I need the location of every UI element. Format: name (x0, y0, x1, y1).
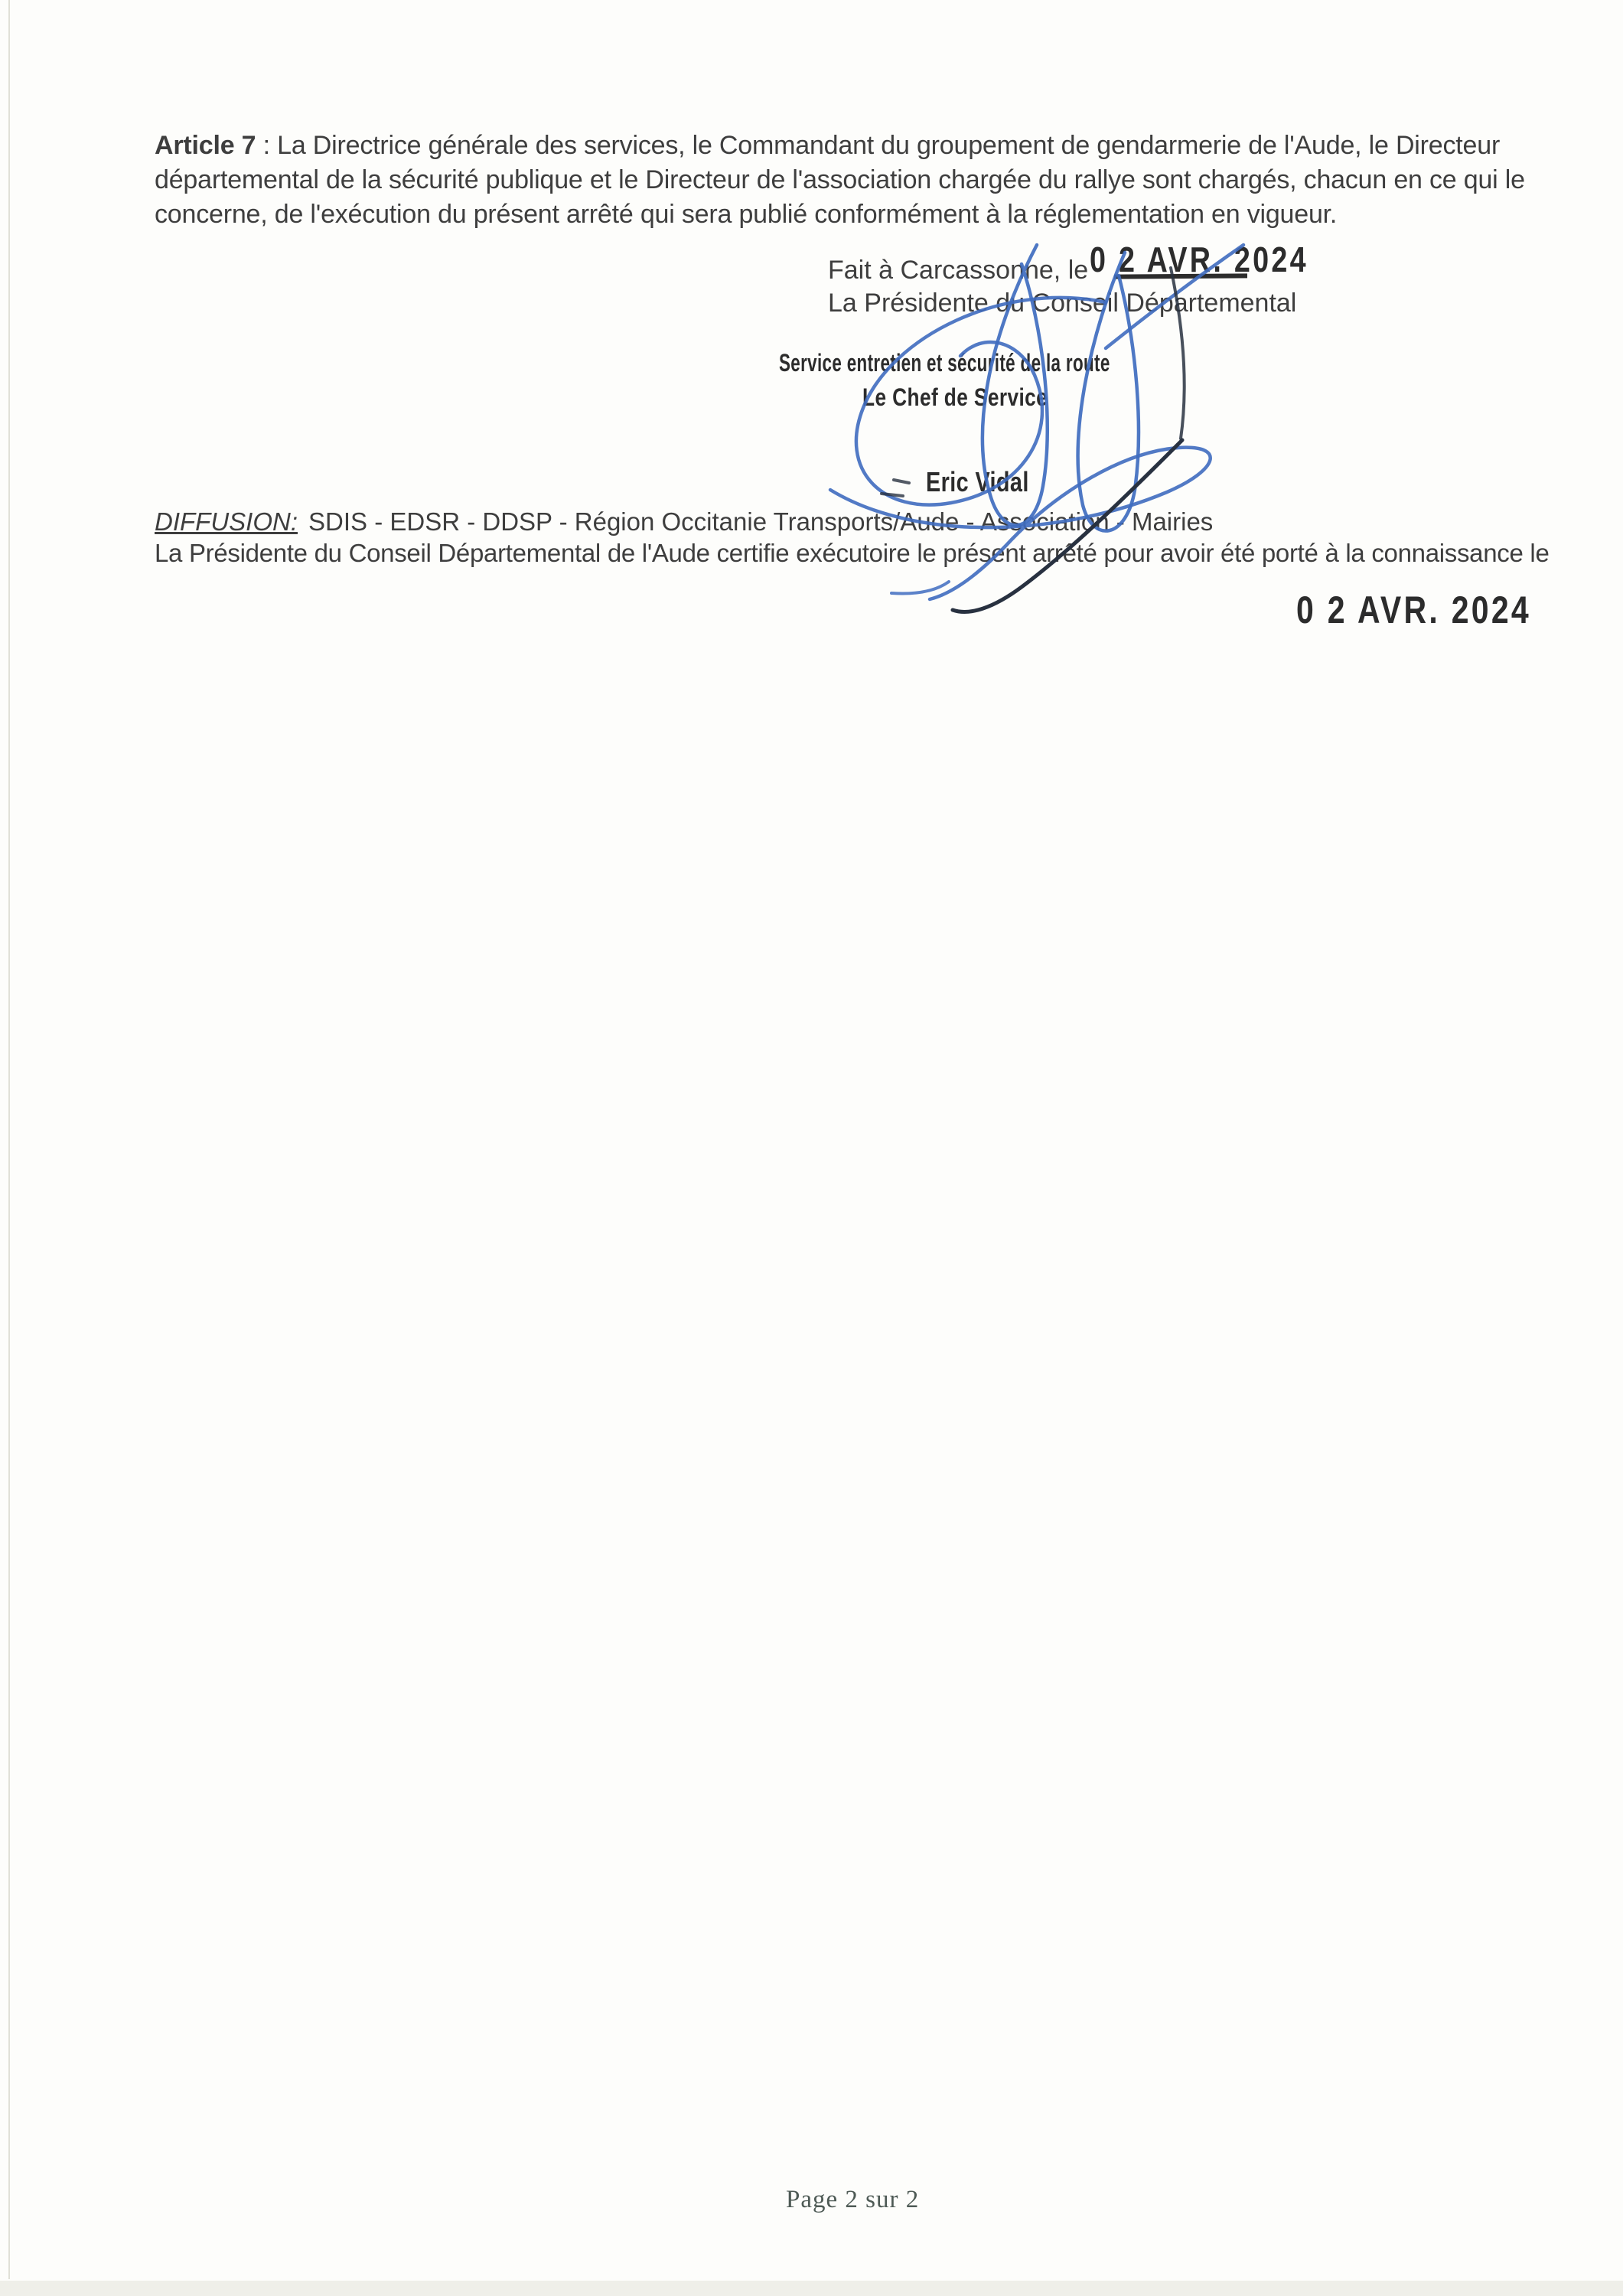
president-title-line: La Présidente du Conseil Départemental (828, 286, 1296, 321)
certification-line: La Présidente du Conseil Départemental d… (155, 536, 1550, 570)
diffusion-label: DIFFUSION: (155, 507, 298, 536)
diffusion-recipients: SDIS - EDSR - DDSP - Région Occitanie Tr… (308, 507, 1213, 536)
date-stamp-first: 0 2 AVR. 2024 (1090, 242, 1309, 277)
scan-edge-artifact (8, 0, 10, 2279)
ink-speck (882, 480, 909, 496)
scan-bottom-strip (0, 2281, 1623, 2296)
place-date-line: Fait à Carcassonne, le (828, 253, 1088, 288)
scanned-document-page: Article 7 : La Directrice générale des s… (0, 0, 1623, 2296)
date-stamp-second: 0 2 AVR. 2024 (1296, 591, 1531, 629)
service-stamp-line2: Le Chef de Service (862, 380, 1048, 415)
article-7-body: : La Directrice générale des services, l… (155, 131, 1525, 229)
diffusion-line: DIFFUSION:SDIS - EDSR - DDSP - Région Oc… (155, 504, 1213, 539)
page-number-footer: Page 2 sur 2 (786, 2186, 919, 2214)
article-7-paragraph: Article 7 : La Directrice générale des s… (155, 129, 1528, 232)
signatory-name-stamp: Eric Vidal (926, 465, 1029, 499)
service-stamp-line1: Service entretien et sécurité de la rout… (779, 346, 1110, 380)
date-stamp-underline (1114, 273, 1247, 279)
signature-stroke (891, 582, 949, 593)
article-7-label: Article 7 (155, 131, 256, 160)
